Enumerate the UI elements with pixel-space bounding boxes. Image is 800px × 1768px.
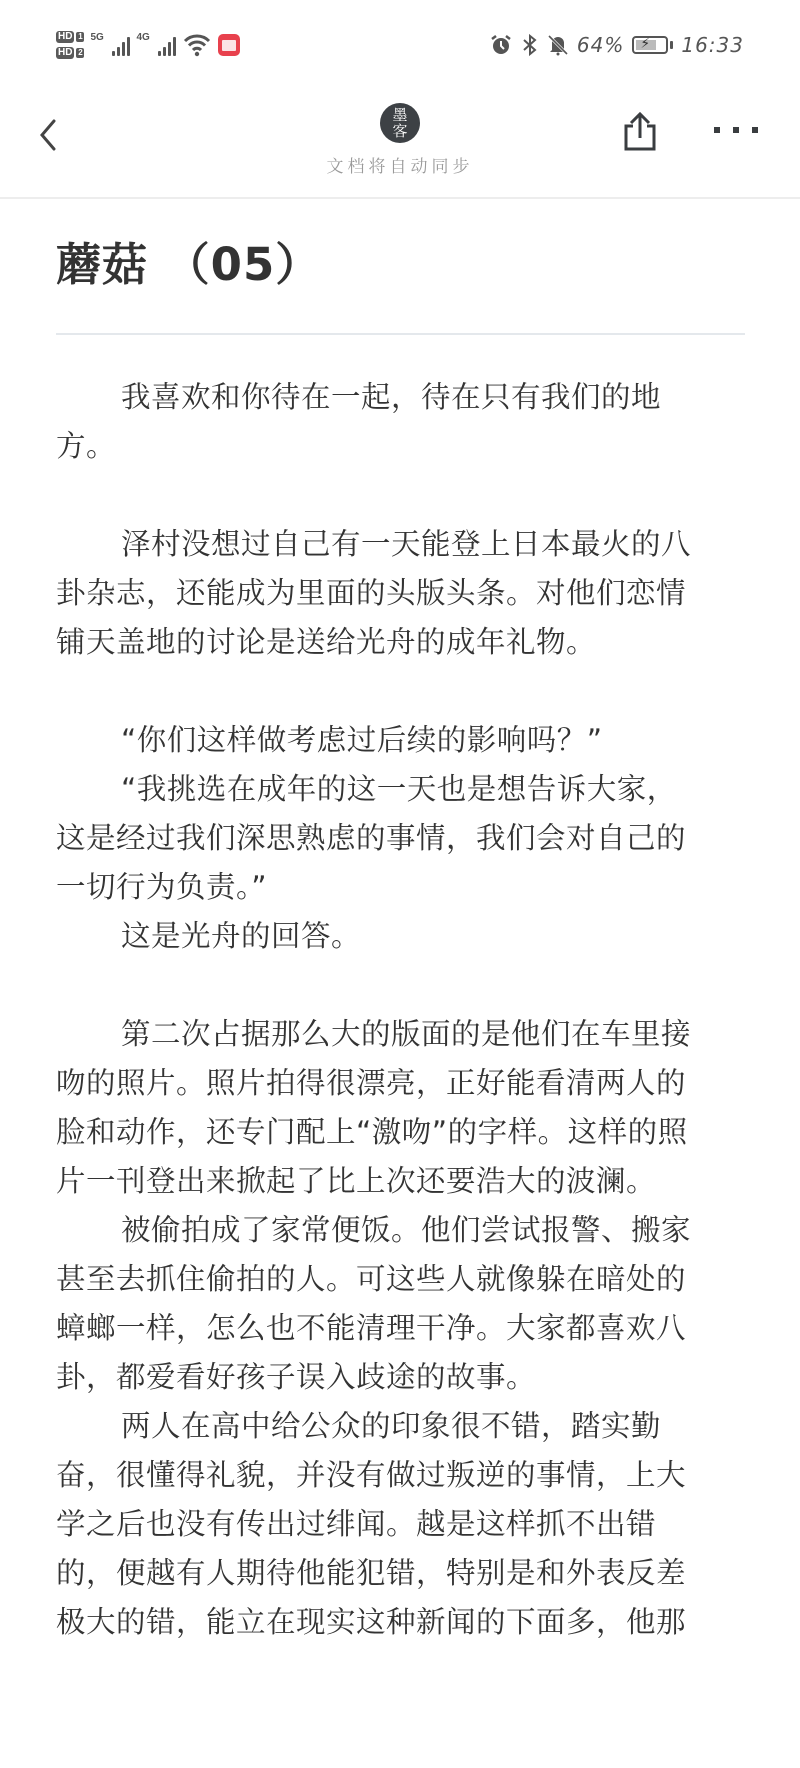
sync-status: 文档将自动同步 <box>0 152 800 177</box>
alarm-icon <box>489 33 513 57</box>
document-body[interactable]: 我喜欢和你待在一起，待在只有我们的地方。泽村没想过自己有一天能登上日本最火的八卦… <box>56 373 746 1768</box>
sim2-index: 2 <box>76 48 84 58</box>
share-icon <box>620 108 660 154</box>
text-line: 脸和动作，还专门配上“激吻”的字样。这样的照 <box>56 1108 746 1157</box>
text-line: 一切行为负责。” <box>56 863 746 912</box>
battery-tip <box>670 41 673 49</box>
text-line: 被偷拍成了家常便饭。他们尝试报警、搬家 <box>56 1206 746 1255</box>
text-line: 吻的照片。照片拍得很漂亮，正好能看清两人的 <box>56 1059 746 1108</box>
text-line: “你们这样做考虑过后续的影响吗？” <box>56 716 746 765</box>
more-horizontal-icon <box>714 127 720 133</box>
text-line: 片一刊登出来掀起了比上次还要浩大的波澜。 <box>56 1157 746 1206</box>
bluetooth-icon <box>521 33 539 57</box>
mute-bell-icon <box>547 33 569 57</box>
text-line: 这是经过我们深思熟虑的事情，我们会对自己的 <box>56 814 746 863</box>
text-line: 学之后也没有传出过绯闻。越是这样抓不出错 <box>56 1500 746 1549</box>
signal-5g-icon: 5G <box>90 30 130 60</box>
share-button[interactable] <box>620 108 660 154</box>
text-line: 这是光舟的回答。 <box>56 912 746 961</box>
chevron-left-icon <box>37 118 59 152</box>
title-divider <box>56 333 745 335</box>
status-left: HD 1 HD 2 5G 4G <box>56 27 240 63</box>
logo-char-1: 墨 <box>392 107 407 123</box>
text-line: 铺天盖地的讨论是送给光舟的成年礼物。 <box>56 618 746 667</box>
battery-charging-icon: ⚡ <box>632 36 668 54</box>
hd-indicators: HD 1 HD 2 <box>56 31 84 59</box>
hd-sim2: HD 2 <box>56 47 84 59</box>
text-line: 两人在高中给公众的印象很不错，踏实勤 <box>56 1402 746 1451</box>
signal-4g-icon: 4G <box>136 30 176 60</box>
text-line: 泽村没想过自己有一天能登上日本最火的八 <box>56 520 746 569</box>
status-right: 64% ⚡ 16:33 <box>489 30 744 60</box>
clock: 16:33 <box>681 33 744 57</box>
text-line: 的，便越有人期待他能犯错，特别是和外表反差 <box>56 1549 746 1598</box>
hd-icon: HD <box>56 47 74 59</box>
more-options-button[interactable] <box>714 120 758 140</box>
text-line: 卦，都爱看好孩子误入歧途的故事。 <box>56 1353 746 1402</box>
more-horizontal-icon <box>733 127 739 133</box>
text-line: 奋，很懂得礼貌，并没有做过叛逆的事情，上大 <box>56 1451 746 1500</box>
logo-char-2: 客 <box>392 123 407 139</box>
text-line: 极大的错，能立在现实这种新闻的下面多，他那 <box>56 1598 746 1647</box>
document-header: 墨 客 文档将自动同步 <box>0 90 800 199</box>
blank-line <box>56 471 746 520</box>
blank-line <box>56 667 746 716</box>
battery-percent: 64% <box>577 33 624 57</box>
blank-line <box>56 961 746 1010</box>
hd-icon: HD <box>56 31 74 43</box>
status-bar: HD 1 HD 2 5G 4G <box>0 0 800 90</box>
sim1-index: 1 <box>76 32 84 42</box>
reader-app-icon <box>218 34 240 56</box>
document-title[interactable]: 蘑菇 （05） <box>56 228 321 293</box>
network-label-5g: 5G <box>90 32 103 43</box>
text-line: 蟑螂一样，怎么也不能清理干净。大家都喜欢八 <box>56 1304 746 1353</box>
text-line: 第二次占据那么大的版面的是他们在车里接 <box>56 1010 746 1059</box>
text-line: 我喜欢和你待在一起，待在只有我们的地 <box>56 373 746 422</box>
wifi-icon <box>182 30 212 60</box>
app-logo: 墨 客 <box>380 103 420 143</box>
text-line: 卦杂志，还能成为里面的头版头条。对他们恋情 <box>56 569 746 618</box>
network-label-4g: 4G <box>136 32 149 43</box>
text-line: “我挑选在成年的这一天也是想告诉大家， <box>56 765 746 814</box>
text-line: 方。 <box>56 422 746 471</box>
hd-sim1: HD 1 <box>56 31 84 43</box>
more-horizontal-icon <box>752 127 758 133</box>
text-line: 甚至去抓住偷拍的人。可这些人就像躲在暗处的 <box>56 1255 746 1304</box>
